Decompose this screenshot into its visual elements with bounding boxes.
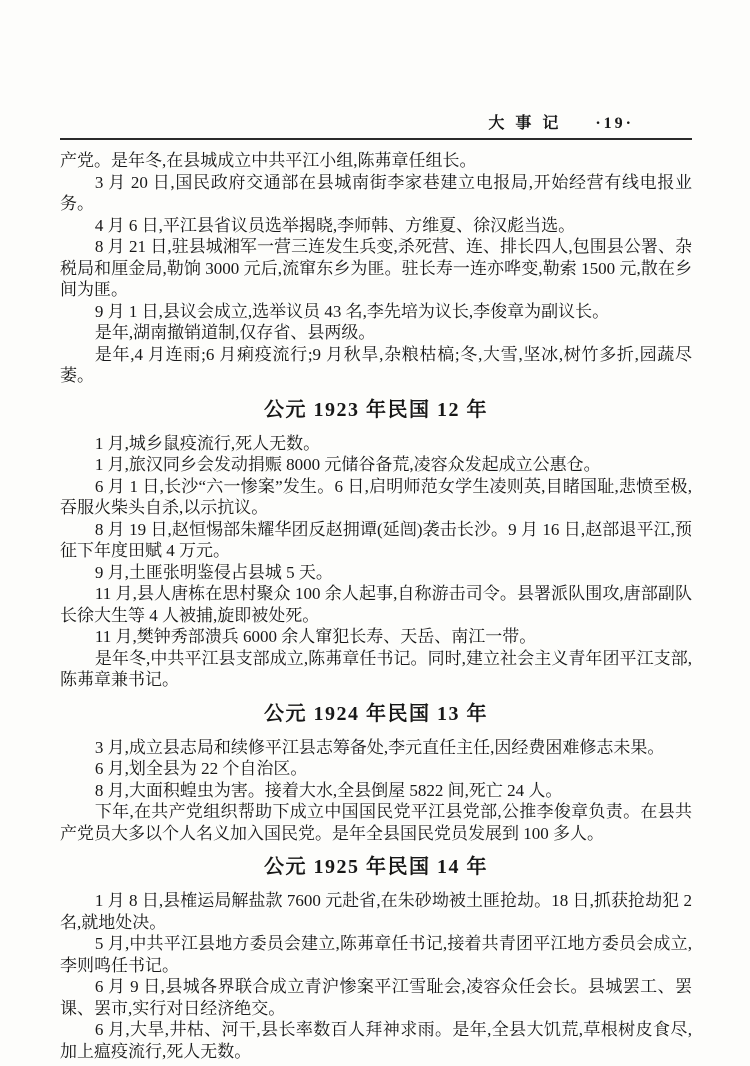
entry-paragraph: 11 月,县人唐栋在思村聚众 100 余人起事,自称游击司令。县署派队围攻,唐部… — [60, 583, 692, 626]
entry-paragraph: 8 月 21 日,驻县城湘军一营三连发生兵变,杀死营、连、排长四人,包围县公署、… — [60, 236, 692, 301]
entry-paragraph: 3 月 20 日,国民政府交通部在县城南街李家巷建立电报局,开始经营有线电报业务… — [60, 172, 692, 215]
entry-paragraph: 1 月,城乡鼠疫流行,死人无数。 — [60, 433, 692, 455]
year-heading-1924: 公元 1924 年民国 13 年 — [60, 701, 692, 727]
scanned-book-page: 大事记 ·19· 产党。是年冬,在县城成立中共平江小组,陈茀章任组长。 3 月 … — [0, 0, 750, 1066]
entry-paragraph: 9 月,土匪张明鉴侵占县城 5 天。 — [60, 562, 692, 584]
entry-paragraph: 下年,在共产党组织帮助下成立中国国民党平江县党部,公推李俊章负责。在县共产党员大… — [60, 801, 692, 844]
entry-paragraph: 6 月,大旱,井枯、河干,县长率数百人拜神求雨。是年,全县大饥荒,草根树皮食尽,… — [60, 1019, 692, 1062]
page-header: 大事记 ·19· — [60, 110, 692, 133]
entry-paragraph: 5 月,中共平江县地方委员会建立,陈茀章任书记,接着共青团平江地方委员会成立,李… — [60, 933, 692, 976]
entry-paragraph: 8 月 19 日,赵恒惕部朱耀华团反赵拥谭(延闿)袭击长沙。9 月 16 日,赵… — [60, 519, 692, 562]
entry-paragraph: 1 月 8 日,县榷运局解盐款 7600 元赴省,在朱砂坳被土匪抢劫。18 日,… — [60, 890, 692, 933]
entry-paragraph: 8 月,大面积蝗虫为害。接着大水,全县倒屋 5822 间,死亡 24 人。 — [60, 780, 692, 802]
year-heading-1925: 公元 1925 年民国 14 年 — [60, 854, 692, 880]
entry-paragraph: 9 月 1 日,县议会成立,选举议员 43 名,李先培为议长,李俊章为副议长。 — [60, 301, 692, 323]
entry-paragraph: 是年冬,中共平江县支部成立,陈茀章任书记。同时,建立社会主义青年团平江支部,陈茀… — [60, 648, 692, 691]
entry-paragraph: 产党。是年冬,在县城成立中共平江小组,陈茀章任组长。 — [60, 150, 692, 172]
entry-paragraph: 是年,湖南撤销道制,仅存省、县两级。 — [60, 322, 692, 344]
entry-paragraph: 6 月 1 日,长沙“六一惨案”发生。6 日,启明师范女学生凌则英,目睹国耻,悲… — [60, 476, 692, 519]
running-title: 大事记 — [488, 110, 569, 133]
body-text: 产党。是年冬,在县城成立中共平江小组,陈茀章任组长。 3 月 20 日,国民政府… — [60, 150, 692, 1062]
entry-paragraph: 1 月,旅汉同乡会发动捐赈 8000 元储谷备荒,凌容众发起成立公惠仓。 — [60, 454, 692, 476]
entry-paragraph: 4 月 6 日,平江县省议员选举揭晓,李师韩、方维夏、徐汉彪当选。 — [60, 215, 692, 237]
header-rule — [60, 138, 692, 140]
year-heading-1923: 公元 1923 年民国 12 年 — [60, 397, 692, 423]
entry-paragraph: 6 月,划全县为 22 个自治区。 — [60, 758, 692, 780]
entry-paragraph: 6 月 9 日,县城各界联合成立青沪惨案平江雪耻会,凌容众任会长。县城罢工、罢课… — [60, 976, 692, 1019]
page-number: ·19· — [595, 115, 634, 133]
entry-paragraph: 3 月,成立县志局和续修平江县志筹备处,李元直任主任,因经费困难修志未果。 — [60, 737, 692, 759]
page-content: 大事记 ·19· 产党。是年冬,在县城成立中共平江小组,陈茀章任组长。 3 月 … — [60, 110, 692, 1062]
entry-paragraph: 11 月,樊钟秀部溃兵 6000 余人窜犯长寿、天岳、南江一带。 — [60, 626, 692, 648]
entry-paragraph: 是年,4 月连雨;6 月痢疫流行;9 月秋旱,杂粮枯槁;冬,大雪,坚冰,树竹多折… — [60, 344, 692, 387]
